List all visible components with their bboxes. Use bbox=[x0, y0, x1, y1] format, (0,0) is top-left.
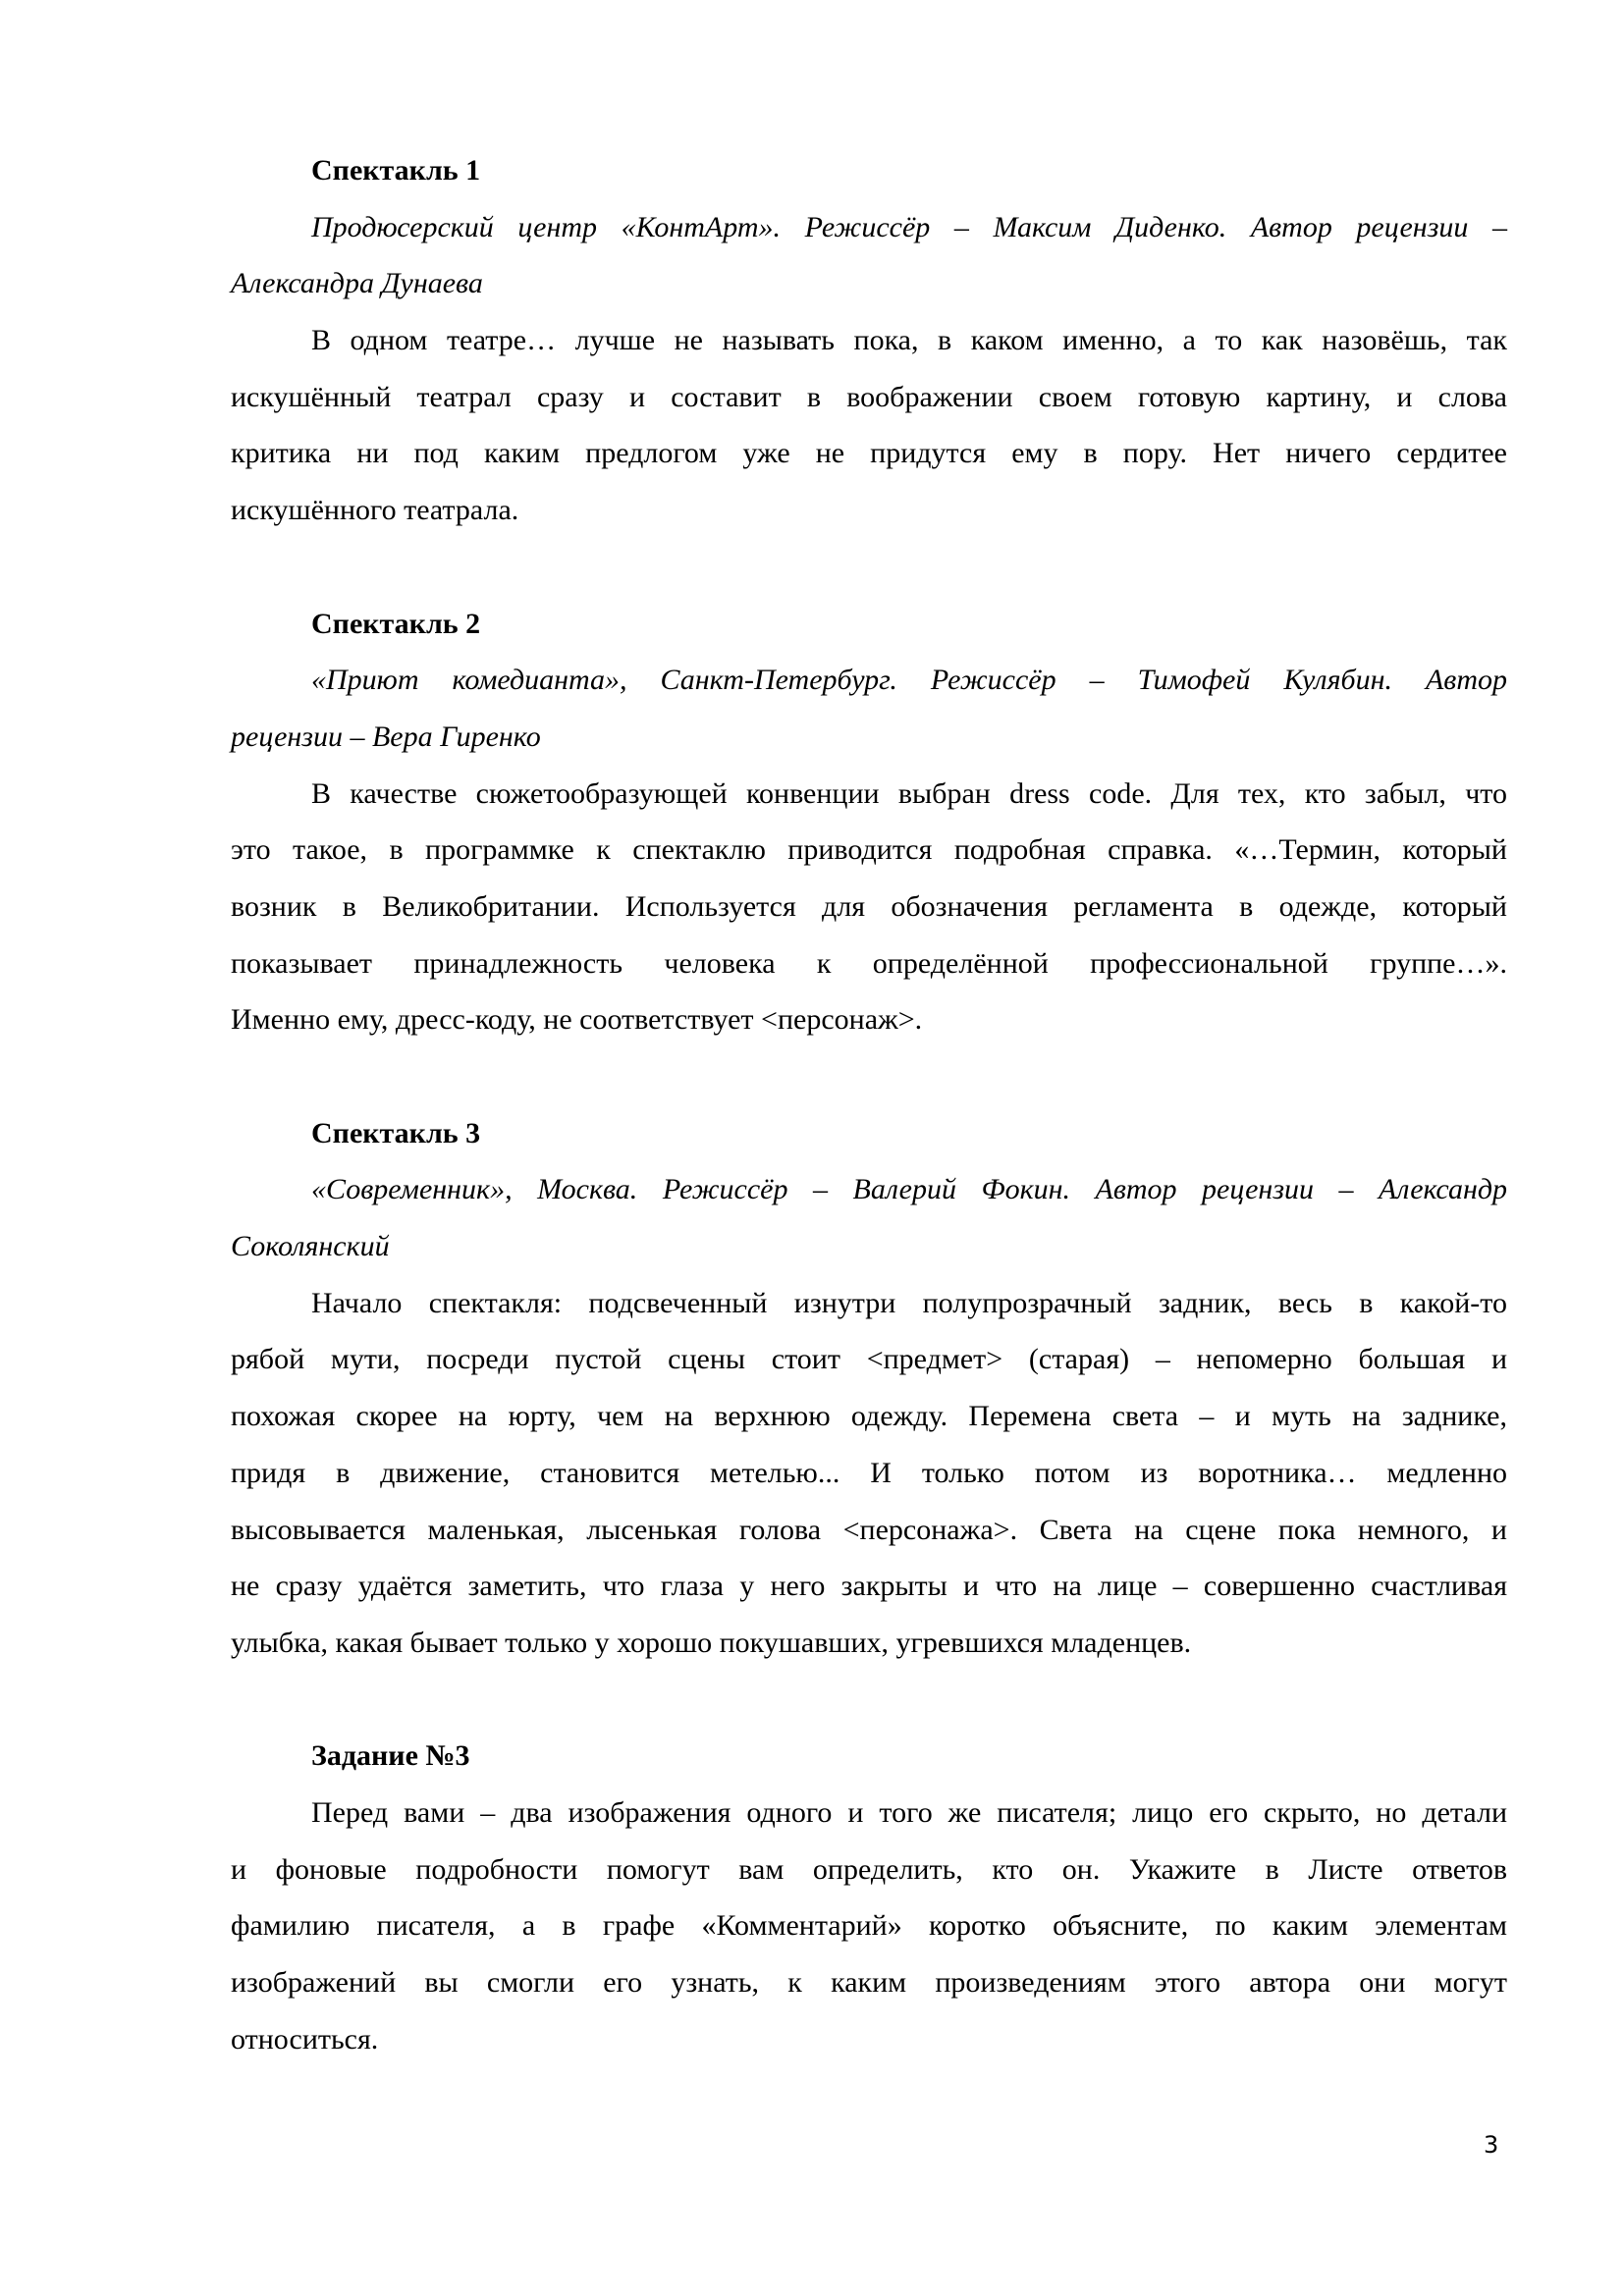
performance-section-2: Спектакль 2«Приют комедианта», Санкт-Пет… bbox=[231, 596, 1507, 1049]
review-credits-line: рецензии – Вера Гиренко bbox=[231, 709, 1507, 766]
paragraph-line: не сразу удаётся заметить, что глаза у н… bbox=[231, 1558, 1507, 1615]
section-heading: Спектакль 2 bbox=[231, 596, 1507, 653]
paragraph-line: Перед вами – два изображения одного и то… bbox=[231, 1785, 1507, 1842]
paragraph-line: фамилию писателя, а в графе «Комментарий… bbox=[231, 1897, 1507, 1954]
paragraph-line: возник в Великобритании. Используется дл… bbox=[231, 879, 1507, 935]
paragraph-line: рябой мути, посреди пустой сцены стоит <… bbox=[231, 1331, 1507, 1388]
paragraph-line: высовывается маленькая, лысенькая голова… bbox=[231, 1502, 1507, 1559]
review-credits-line: «Современник», Москва. Режиссёр – Валери… bbox=[231, 1161, 1507, 1218]
review-credits-line: Продюсерский центр «КонтАрт». Режиссёр –… bbox=[231, 199, 1507, 256]
paragraph-line: искушённый театрал сразу и составит в во… bbox=[231, 369, 1507, 426]
section-heading: Спектакль 3 bbox=[231, 1105, 1507, 1162]
paragraph-line: и фоновые подробности помогут вам опреде… bbox=[231, 1842, 1507, 1898]
document-page: Спектакль 1Продюсерский центр «КонтАрт».… bbox=[231, 142, 1507, 2124]
paragraph-line: придя в движение, становится метелью... … bbox=[231, 1445, 1507, 1502]
performance-section-1: Спектакль 1Продюсерский центр «КонтАрт».… bbox=[231, 142, 1507, 539]
paragraph-line: Начало спектакля: подсвеченный изнутри п… bbox=[231, 1275, 1507, 1332]
paragraph-line: изображений вы смогли его узнать, к каки… bbox=[231, 1954, 1507, 2011]
paragraph-line: В одном театре… лучше не называть пока, … bbox=[231, 312, 1507, 369]
performance-section-3: Спектакль 3«Современник», Москва. Режисс… bbox=[231, 1105, 1507, 1672]
paragraph-line: Именно ему, дресс-коду, не соответствует… bbox=[231, 991, 1507, 1048]
paragraph-line: В качестве сюжетообразующей конвенции вы… bbox=[231, 766, 1507, 823]
review-credits-line: «Приют комедианта», Санкт-Петербург. Реж… bbox=[231, 652, 1507, 709]
review-credits-line: Александра Дунаева bbox=[231, 255, 1507, 312]
paragraph-line: искушённого театрала. bbox=[231, 482, 1507, 539]
page-number: 3 bbox=[1484, 2130, 1498, 2160]
task-section: Задание №3Перед вами – два изображения о… bbox=[231, 1728, 1507, 2067]
paragraph-line: критика ни под каким предлогом уже не пр… bbox=[231, 425, 1507, 482]
paragraph-line: это такое, в программке к спектаклю прив… bbox=[231, 822, 1507, 879]
section-heading: Задание №3 bbox=[231, 1728, 1507, 1785]
paragraph-line: показывает принадлежность человека к опр… bbox=[231, 935, 1507, 992]
paragraph-line: относиться. bbox=[231, 2011, 1507, 2068]
paragraph-line: похожая скорее на юрту, чем на верхнюю о… bbox=[231, 1388, 1507, 1445]
review-credits-line: Соколянский bbox=[231, 1218, 1507, 1275]
paragraph-line: улыбка, какая бывает только у хорошо пок… bbox=[231, 1615, 1507, 1672]
section-heading: Спектакль 1 bbox=[231, 142, 1507, 199]
